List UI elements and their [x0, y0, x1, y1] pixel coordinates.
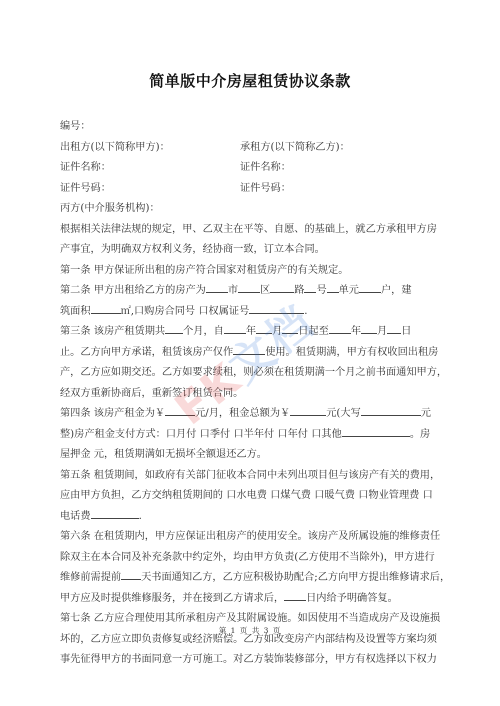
lessor-id-name-label: 证件名称：	[60, 158, 240, 179]
lessee-id-number-label: 证件号码：	[240, 179, 291, 200]
blank-area[interactable]	[91, 303, 121, 314]
lessee-label: 承租方(以下简称乙方)：	[240, 138, 350, 159]
preamble-line: 根据相关法律法规的规定，甲、乙双主在平等、自愿、的基础上，就乙方承租甲方房	[60, 220, 440, 241]
text: 第四条 该房产租金为￥	[60, 408, 165, 419]
text: 元	[421, 408, 431, 419]
blank-other-payment[interactable]	[342, 426, 410, 437]
article-2-line: 筑面积㎡,口购房合同号 口权属证号.	[60, 302, 440, 323]
party-row: 出租方(以下简称甲方)： 承租方(以下简称乙方)：	[60, 138, 440, 159]
article-5-line: 第五条 租赁期间，如政府有关部门征收本合同中未列出项目但与该房产有关的费用，	[60, 466, 440, 487]
blank-title-number[interactable]	[249, 303, 304, 314]
article-1: 第一条 甲方保证所出租的房产符合国家对租赁房产的有关规定。	[60, 261, 440, 282]
article-2-line: 第二条 甲方出租给乙方的房产为市区路号单元户，建	[60, 281, 440, 302]
text: 筑面积	[60, 306, 91, 317]
blank-end-day[interactable]	[387, 323, 401, 334]
agency-label: 丙方(中介服务机构)：	[60, 199, 440, 220]
text: ㎡,口购房合同号 口权属证号	[121, 306, 250, 317]
text: 整)房产租金支付方式：口月付 口季付 口半年付 口年付 口其他	[60, 429, 342, 440]
text: 月	[377, 326, 387, 337]
document-title: 简单版中介房屋租赁协议条款	[0, 70, 500, 91]
text: 个月，自	[183, 326, 224, 337]
text: 市	[228, 285, 238, 296]
article-6-line: 第六条 在租赁期内，甲方应保证出租房产的使用安全。该房产及所属设施的维修责任	[60, 527, 440, 548]
blank-number[interactable]	[304, 282, 316, 293]
blank-usage[interactable]	[233, 344, 265, 355]
blank-district[interactable]	[238, 282, 260, 293]
document-page: 简单版中介房屋租赁协议条款 编号： 出租方(以下简称甲方)： 承租方(以下简称乙…	[0, 0, 500, 706]
text: 使用。租赁期满，甲方有权收回出租房	[265, 347, 438, 358]
text: 户，建	[381, 285, 412, 296]
lessor-id-number-label: 证件号码：	[60, 179, 240, 200]
text: 日	[401, 326, 411, 337]
blank-end-month[interactable]	[361, 323, 377, 334]
blank-start-month[interactable]	[256, 323, 272, 334]
article-4-line: 整)房产租金支付方式：口月付 口季付 口半年付 口年付 口其他。房	[60, 425, 440, 446]
text: 日内给予明确答复。	[306, 593, 398, 604]
blank-road[interactable]	[270, 282, 294, 293]
lessor-label: 出租方(以下简称甲方)：	[60, 138, 240, 159]
blank-rent-in-words[interactable]	[361, 405, 421, 416]
article-4-line: 屋押金 元，租赁期满如无损坏全额退还乙方。	[60, 445, 440, 466]
text: 年	[351, 326, 361, 337]
text: 电话费	[60, 511, 91, 522]
number-field: 编号：	[60, 117, 440, 138]
text: 第二条 甲方出租给乙方的房产为	[60, 285, 206, 296]
article-5-line: 电话费.	[60, 507, 440, 528]
lessee-id-name-label: 证件名称：	[240, 158, 291, 179]
article-6-line: 除双主在本合同及补充条款中约定外，均由甲方负责(乙方使用不当除外)，甲方进行	[60, 548, 440, 569]
text: 维修前需提前	[60, 572, 121, 583]
blank-total-rent[interactable]	[290, 405, 326, 416]
text: 止。乙方向甲方承诺，租赁该房产仅作	[60, 347, 233, 358]
article-7-line: 事先征得甲方的书面同意一方可施工。对乙方装饰装修部分，甲方有权选择以下权力	[60, 650, 440, 671]
article-3-line: 止。乙方向甲方承诺，租赁该房产仅作使用。租赁期满，甲方有权收回出租房	[60, 343, 440, 364]
article-3-line: 产，乙方应如期交还。乙方如要求续租，则必须在租赁期满一个月之前书面通知甲方，	[60, 363, 440, 384]
text: 甲方应及时提供维修服务，并在接到乙方请求后，	[60, 593, 284, 604]
text: 单元	[339, 285, 359, 296]
document-body: 编号： 出租方(以下简称甲方)： 承租方(以下简称乙方)： 证件名称： 证件名称…	[60, 117, 440, 671]
id-number-row: 证件号码： 证件号码：	[60, 179, 440, 200]
blank-start-year[interactable]	[224, 323, 246, 334]
blank-phone-fee[interactable]	[91, 508, 139, 519]
text: 年	[246, 326, 256, 337]
article-4-line: 第四条 该房产租金为￥元/月，租金总额为￥元(大写元	[60, 404, 440, 425]
blank-city[interactable]	[206, 282, 228, 293]
article-6-line: 甲方应及时提供维修服务，并在接到乙方请求后，日内给予明确答复。	[60, 589, 440, 610]
preamble-line: 产事宜，为明确双方权利义务，经协商一致，订立本合同。	[60, 240, 440, 261]
blank-end-year[interactable]	[329, 323, 351, 334]
text: 号	[316, 285, 326, 296]
text: 。房	[410, 429, 430, 440]
article-5-line: 应由甲方负担，乙方交纳租赁期间的 口水电费 口煤气费 口暖气费 口物业管理费 口	[60, 486, 440, 507]
text: 元/月，租金总额为￥	[195, 408, 290, 419]
blank-reply-days[interactable]	[284, 590, 306, 601]
id-name-row: 证件名称： 证件名称：	[60, 158, 440, 179]
text: 日起至	[298, 326, 329, 337]
blank-start-day[interactable]	[282, 323, 298, 334]
text: 路	[294, 285, 304, 296]
page-number: 第 1 页 共 3 页	[0, 625, 500, 636]
article-6-line: 维修前需提前天书面通知乙方，乙方应积极协助配合;乙方向甲方提出维修请求后，	[60, 568, 440, 589]
text: 区	[260, 285, 270, 296]
article-3-line: 第三条 该房产租赁期共个月，自年月日起至年月日	[60, 322, 440, 343]
text: 天书面通知乙方，乙方应积极协助配合;乙方向甲方提出维修请求后，	[141, 572, 450, 583]
article-3-line: 经双方重新协商后，重新签订租赁合同。	[60, 384, 440, 405]
text: 第三条 该房产租赁期共	[60, 326, 165, 337]
blank-monthly-rent[interactable]	[165, 405, 195, 416]
text: .	[304, 306, 307, 317]
blank-notice-days[interactable]	[121, 569, 141, 580]
text: .	[139, 511, 142, 522]
text: 月	[272, 326, 282, 337]
text: 元(大写	[326, 408, 361, 419]
blank-months[interactable]	[165, 323, 183, 334]
blank-unit[interactable]	[327, 282, 339, 293]
blank-household[interactable]	[359, 282, 381, 293]
